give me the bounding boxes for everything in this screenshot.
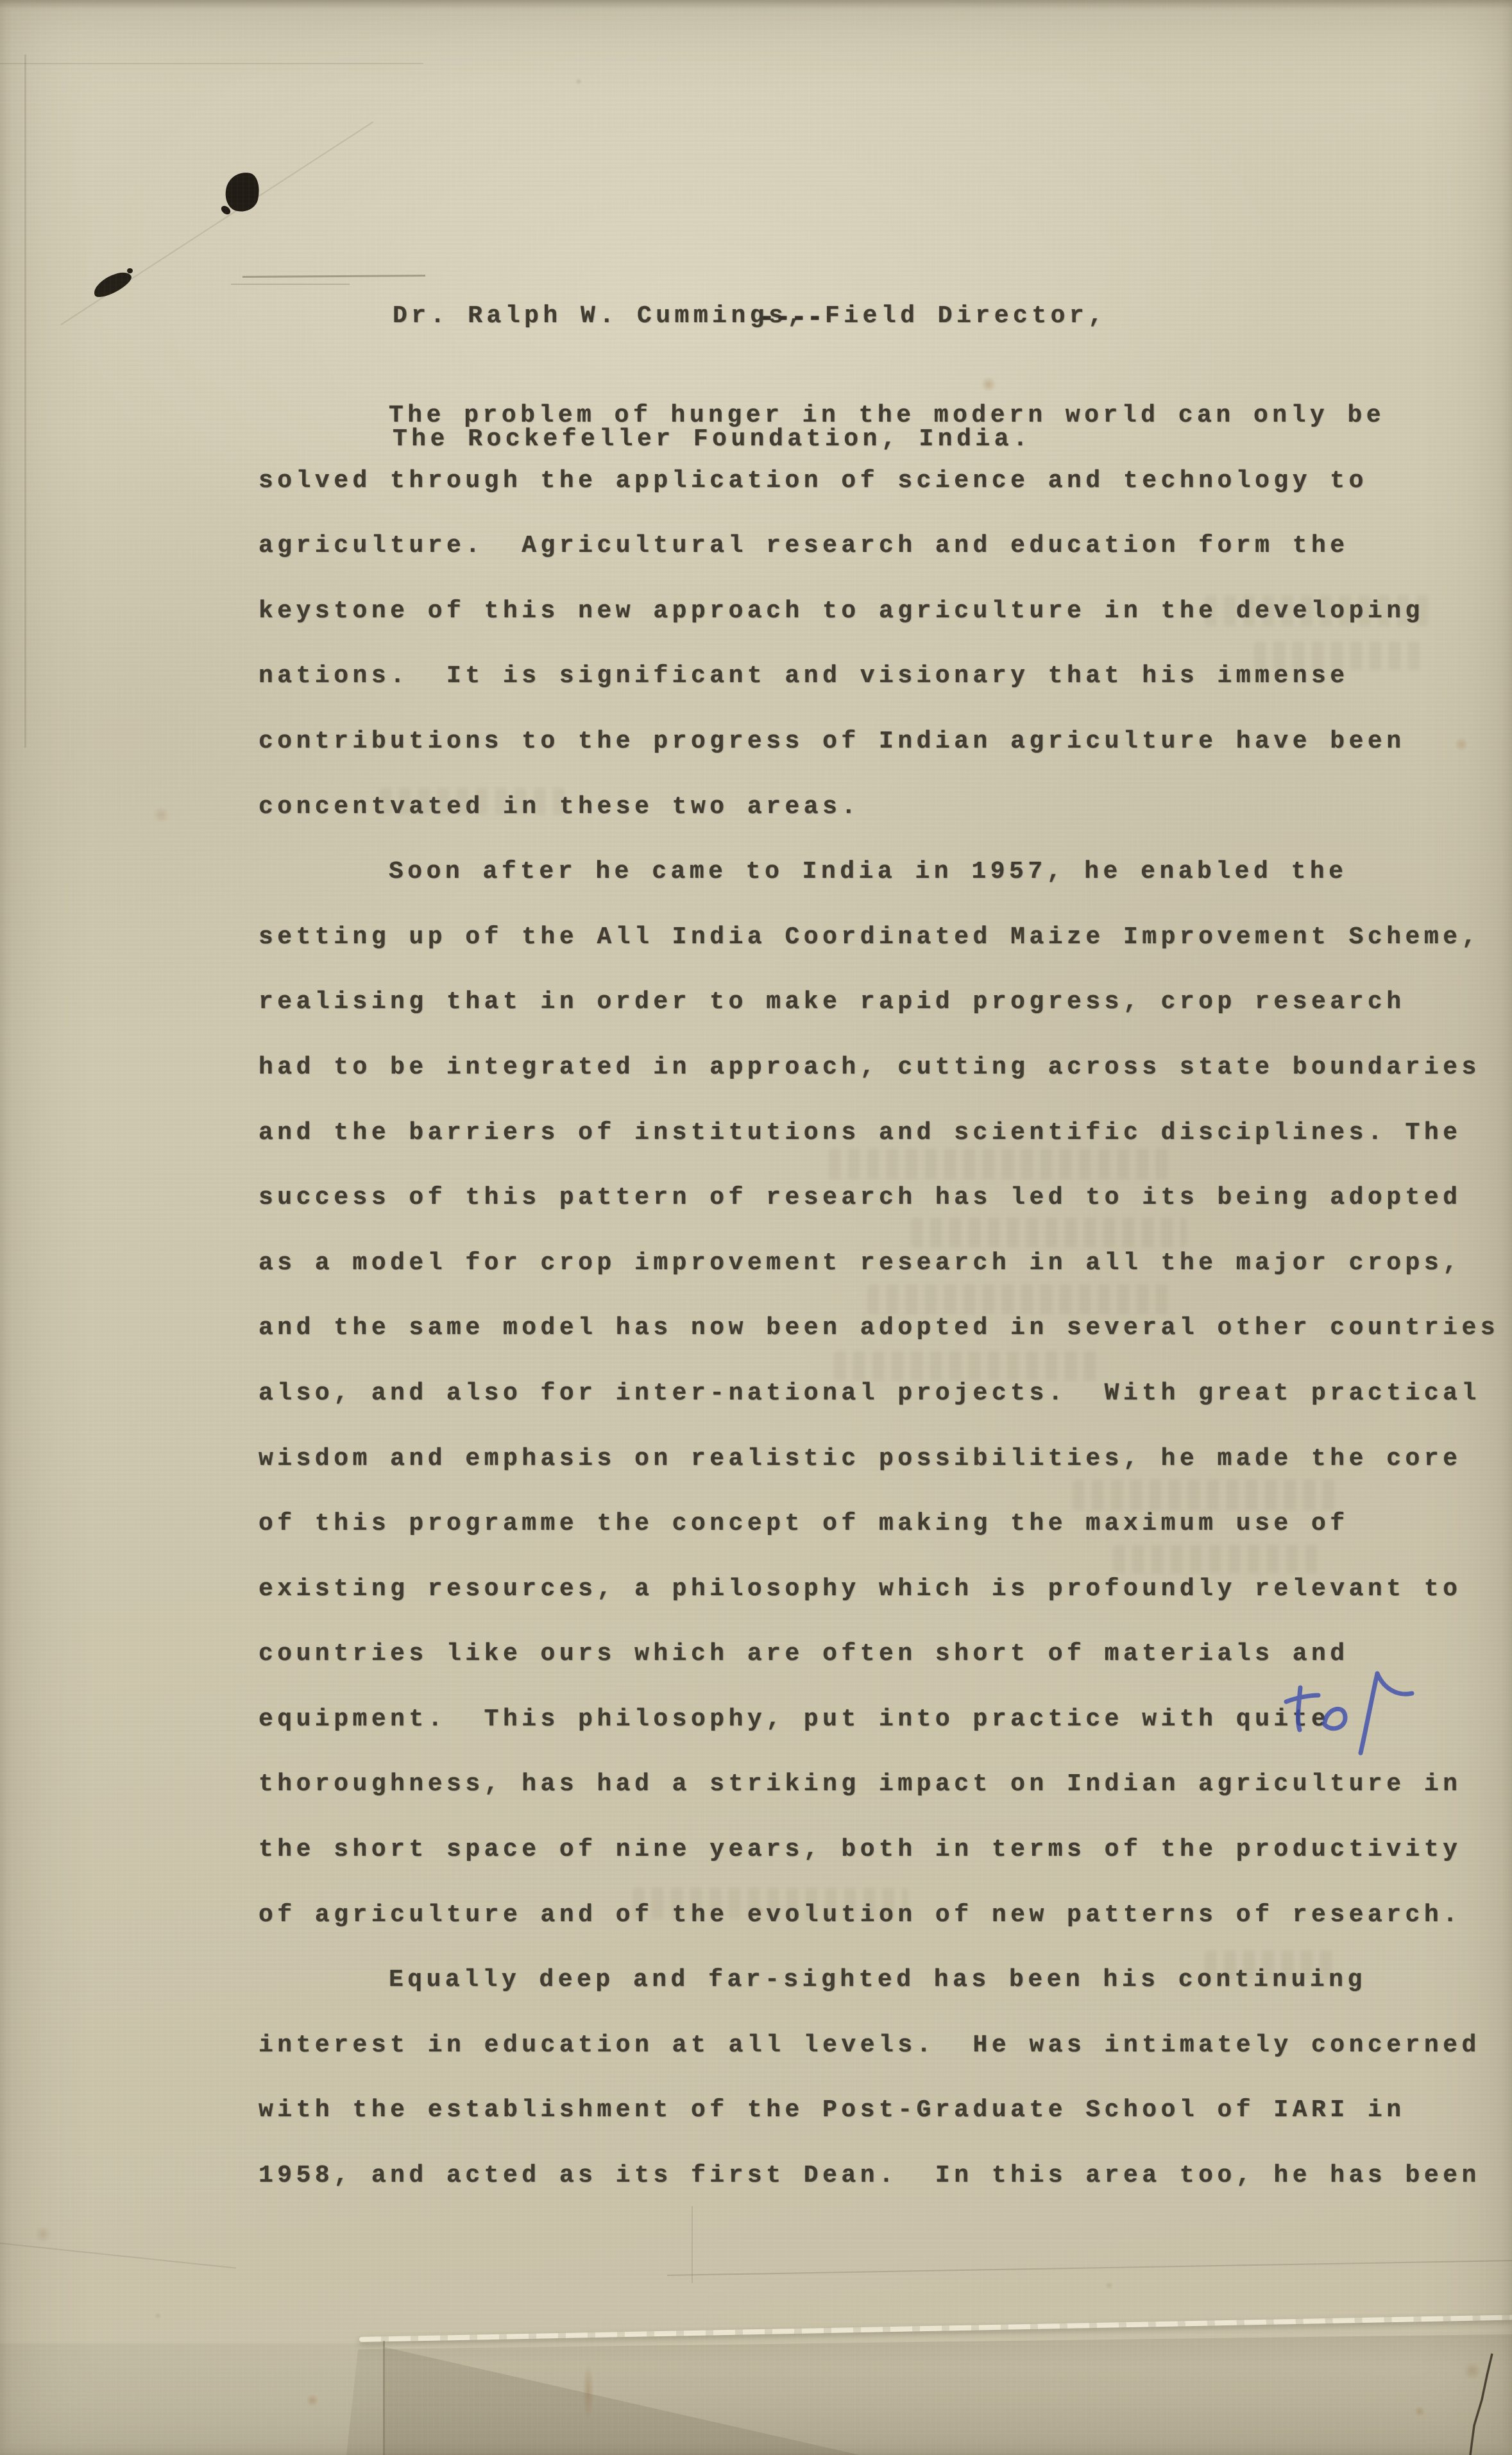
typed-dash-separator: ----	[759, 300, 823, 336]
typed-line: had to be integrated in approach, cuttin…	[259, 1035, 1512, 1100]
stain-spot	[33, 2227, 53, 2242]
stain-spot	[305, 2395, 319, 2406]
stain-spot	[575, 78, 582, 85]
fold-shadow	[385, 2347, 860, 2455]
typed-line: contributions to the progress of Indian …	[259, 709, 1512, 774]
typed-line: as a model for crop improvement research…	[259, 1231, 1512, 1296]
typed-line: success of this pattern of research has …	[259, 1165, 1512, 1231]
typed-line: equipment. This philosophy, put into pra…	[259, 1687, 1512, 1752]
typed-line: solved through the application of scienc…	[259, 449, 1512, 514]
stain-spot	[151, 807, 171, 823]
document-page: Dr. Ralph W. Cummings, Field Director, T…	[0, 0, 1512, 2455]
typed-line: interest in education at all levels. He …	[259, 2013, 1512, 2078]
typed-line: nations. It is significant and visionary…	[259, 644, 1512, 709]
heading-line-1: Dr. Ralph W. Cummings, Field Director,	[393, 296, 1107, 337]
typed-line: 1958, and acted as its first Dean. In th…	[259, 2143, 1512, 2209]
torn-edge	[359, 2314, 1512, 2342]
typed-line: The problem of hunger in the modern worl…	[259, 383, 1512, 449]
stain-spot	[154, 2313, 162, 2319]
typed-line: thoroughness, has had a striking impact …	[259, 1752, 1512, 1817]
paper-shade	[0, 2343, 385, 2455]
typed-line: agriculture. Agricultural research and e…	[259, 513, 1512, 579]
page-top-shadow	[0, 0, 1512, 9]
typed-line: and the barriers of institutions and sci…	[259, 1100, 1512, 1166]
crease-line	[24, 55, 26, 748]
typed-line: Equally deep and far-sighted has been hi…	[259, 1947, 1512, 2013]
typed-line: realising that in order to make rapid pr…	[259, 970, 1512, 1035]
typed-line: keystone of this new approach to agricul…	[259, 579, 1512, 644]
document-body: The problem of hunger in the modern worl…	[259, 383, 1512, 2209]
typed-line: setting up of the All India Coordinated …	[259, 905, 1512, 970]
typed-line: with the establishment of the Post-Gradu…	[259, 2078, 1512, 2143]
typed-line: wisdom and emphasis on realistic possibi…	[259, 1426, 1512, 1492]
crease-line	[667, 2260, 1512, 2276]
typed-line: Soon after he came to India in 1957, he …	[259, 839, 1512, 905]
typed-line: also, and also for inter-national projec…	[259, 1361, 1512, 1426]
crease-line	[0, 2243, 236, 2269]
stain-spot	[582, 2363, 594, 2420]
ink-blot	[90, 267, 135, 301]
crease-line	[383, 2341, 385, 2455]
stain-spot	[1464, 2361, 1481, 2381]
typed-line: countries like ours which are often shor…	[259, 1621, 1512, 1687]
crease-line	[60, 121, 373, 325]
typed-line: the short space of nine years, both in t…	[259, 1817, 1512, 1883]
typed-line: of this programme the concept of making …	[259, 1491, 1512, 1557]
typed-line: existing resources, a philosophy which i…	[259, 1557, 1512, 1622]
crease-line	[692, 2206, 693, 2283]
ink-blot	[219, 204, 232, 216]
ink-blot	[127, 268, 133, 273]
typed-line: of agriculture and of the evolution of n…	[259, 1883, 1512, 1948]
pencil-strike-mark	[231, 284, 350, 285]
typed-line: and the same model has now been adopted …	[259, 1296, 1512, 1361]
stain-spot	[1105, 2282, 1114, 2289]
tear-crack	[1456, 2348, 1512, 2455]
ink-blot	[222, 169, 263, 214]
crease-line	[0, 63, 423, 64]
typed-line: concentvated in these two areas.	[259, 774, 1512, 840]
stain-spot	[1414, 2406, 1425, 2417]
torn-lower-layer	[346, 2329, 1512, 2455]
